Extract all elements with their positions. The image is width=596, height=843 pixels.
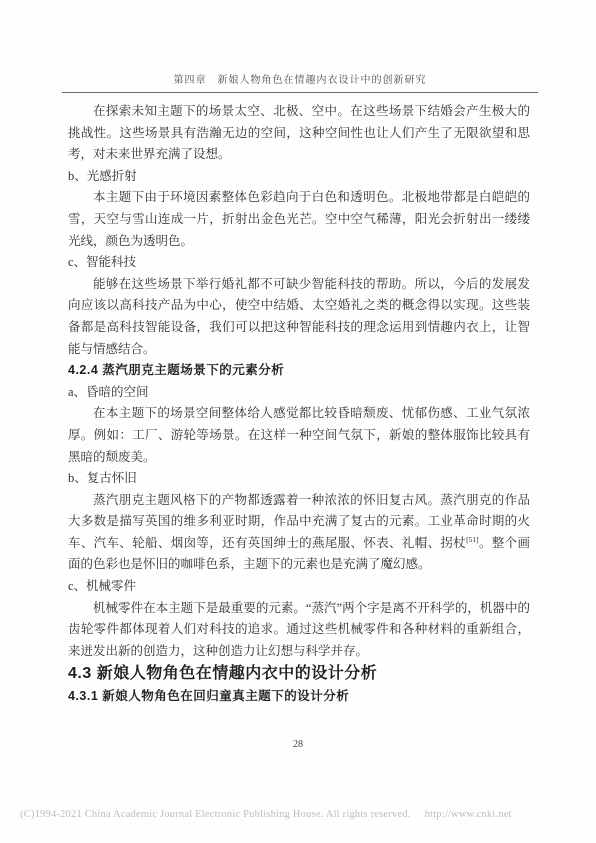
section-heading-4-2-4: 4.2.4 蒸汽朋克主题场景下的元素分析 (68, 360, 530, 382)
paragraph-retro-text: 蒸汽朋克主题风格下的产物都透露着一种浓浓的怀旧复古风。蒸汽朋克的作品大多数是描写… (68, 493, 530, 550)
cnki-url[interactable]: http://www.cnki.net (425, 809, 512, 820)
document-page: 第四章 新娘人物角色在情趣内衣设计中的创新研究 在探索未知主题下的场景太空、北极… (0, 0, 596, 843)
paragraph-smart: 能够在这些场景下举行婚礼都不可缺少智能科技的帮助。所以，今后的发展发向应该以高科… (68, 274, 530, 360)
paragraph-intro: 在探索未知主题下的场景太空、北极、空中。在这些场景下结婚会产生极大的挑战性。这些… (68, 101, 530, 166)
paragraph-dim: 在本主题下的场景空间整体给人感觉都比较昏暗颓废、忧郁伤感、工业气氛浓厚。例如：工… (68, 403, 530, 468)
citation-marker: [51] (466, 535, 479, 544)
chapter-running-title: 第四章 新娘人物角色在情趣内衣设计中的创新研究 (174, 75, 427, 86)
copyright-text: (C)1994-2021 China Academic Journal Elec… (20, 809, 411, 820)
page-number: 28 (0, 739, 596, 750)
page-body: 在探索未知主题下的场景太空、北极、空中。在这些场景下结婚会产生极大的挑战性。这些… (68, 101, 530, 706)
list-label-dim: a、昏暗的空间 (68, 382, 530, 404)
section-heading-4-3: 4.3 新娘人物角色在情趣内衣中的设计分析 (68, 662, 530, 686)
paragraph-light: 本主题下由于环境因素整体色彩趋向于白色和透明色。北极地带都是白皑皑的雪，天空与雪… (68, 187, 530, 252)
paragraph-mech: 机械零件在本主题下是最重要的元素。“蒸汽”两个字是离不开科学的，机器中的齿轮零件… (68, 598, 530, 663)
list-label-light: b、光感折射 (68, 166, 530, 188)
list-label-mech: c、机械零件 (68, 576, 530, 598)
section-heading-4-3-1: 4.3.1 新娘人物角色在回归童真主题下的设计分析 (68, 686, 530, 706)
page-header: 第四章 新娘人物角色在情趣内衣设计中的创新研究 (62, 71, 538, 93)
list-label-retro: b、复古怀旧 (68, 468, 530, 490)
paragraph-retro: 蒸汽朋克主题风格下的产物都透露着一种浓浓的怀旧复古风。蒸汽朋克的作品大多数是描写… (68, 490, 530, 576)
watermark-footer: (C)1994-2021 China Academic Journal Elec… (20, 809, 576, 820)
list-label-smart: c、智能科技 (68, 252, 530, 274)
